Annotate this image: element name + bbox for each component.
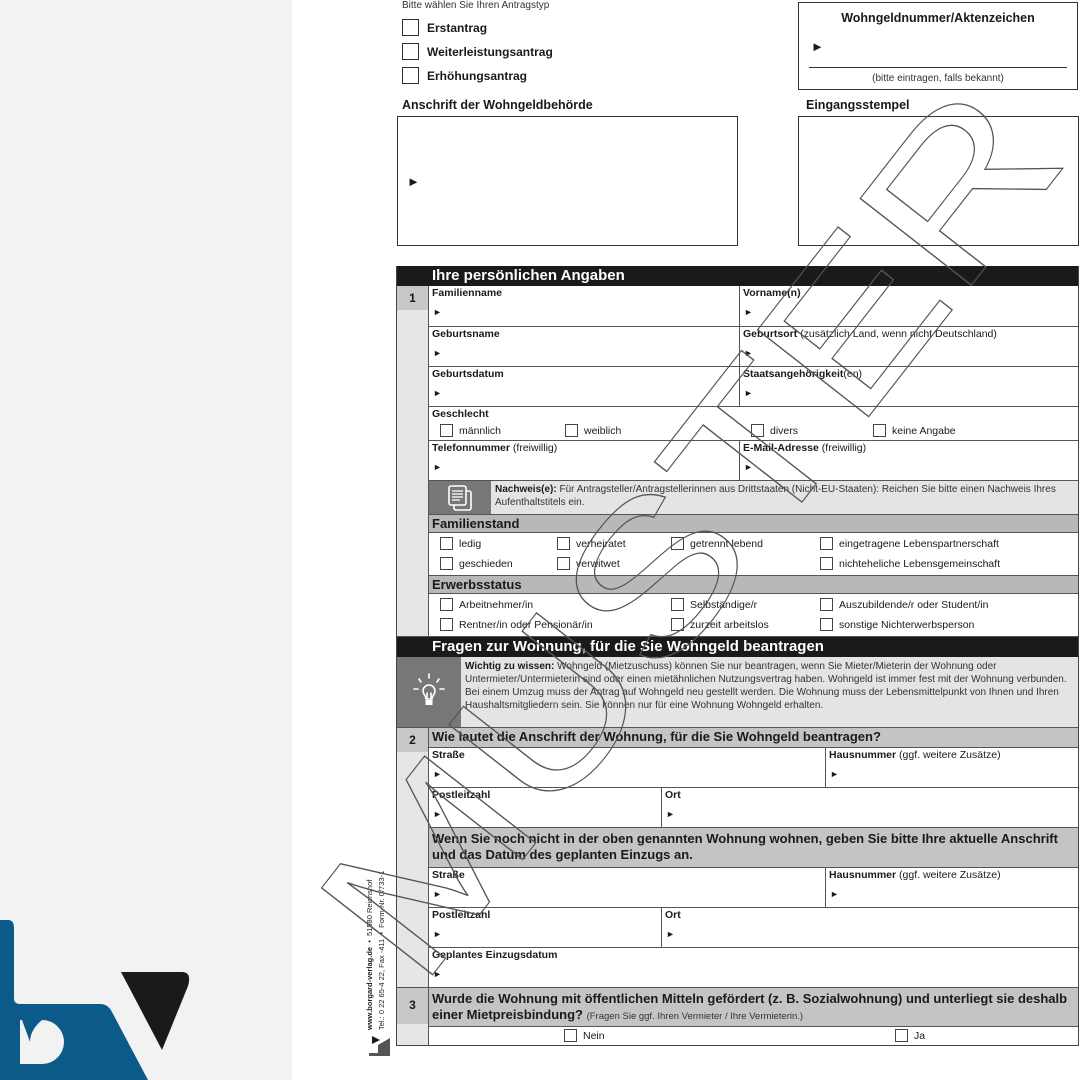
current-street-field[interactable]: Straße ►	[429, 868, 825, 907]
input-marker-icon: ►	[433, 809, 442, 819]
employment-status-heading: Erwerbsstatus	[429, 575, 1078, 594]
authority-address-field[interactable]: ►	[397, 116, 738, 246]
subsidy-option-no[interactable]: Nein	[564, 1029, 605, 1042]
input-marker-icon: ►	[433, 462, 442, 472]
birth-name-field[interactable]: Geburtsname ►	[429, 327, 739, 366]
employment-option[interactable]: Selbständige/r	[671, 598, 757, 611]
input-marker-icon: ►	[744, 307, 753, 317]
move-in-date-field[interactable]: Geplantes Einzugsdatum ►	[429, 948, 1078, 987]
gender-option[interactable]: divers	[751, 424, 798, 437]
current-postcode-field[interactable]: Postleitzahl ►	[429, 908, 661, 947]
email-field[interactable]: E-Mail-Adresse (freiwillig) ►	[739, 441, 1078, 480]
publisher-address: 51580 Reichshof	[365, 880, 374, 936]
input-marker-icon: ►	[811, 39, 824, 54]
city-field[interactable]: Ort ►	[661, 788, 1078, 827]
phone-field[interactable]: Telefonnummer (freiwillig) ►	[429, 441, 739, 480]
application-type-option[interactable]: Erstantrag	[402, 19, 487, 36]
gender-option[interactable]: keine Angabe	[873, 424, 956, 437]
lightbulb-icon	[397, 657, 461, 727]
gender-option[interactable]: männlich	[440, 424, 501, 437]
section-number: 2	[397, 728, 429, 987]
marital-status-heading: Familienstand	[429, 514, 1078, 533]
section2-question: Wie lautet die Anschrift der Wohnung, fü…	[429, 728, 1078, 747]
subsidy-option-yes[interactable]: Ja	[895, 1029, 925, 1042]
current-house-number-field[interactable]: Hausnummer (ggf. weitere Zusätze) ►	[825, 868, 1078, 907]
publisher-mini-logo	[366, 1034, 392, 1058]
application-type-option[interactable]: Erhöhungsantrag	[402, 67, 527, 84]
input-marker-icon: ►	[666, 929, 675, 939]
section-number: 1	[397, 286, 429, 636]
receipt-stamp-field	[798, 116, 1079, 246]
authority-address-label: Anschrift der Wohngeldbehörde	[402, 98, 593, 112]
form-number: Form-Nr. 0/733-1	[377, 871, 386, 928]
postcode-field[interactable]: Postleitzahl ►	[429, 788, 661, 827]
publisher-website: www.borgard-verlag.de	[365, 947, 374, 1030]
employment-option[interactable]: Rentner/in oder Pensionär/in	[440, 618, 593, 631]
subsidy-options: Nein Ja	[429, 1026, 1078, 1045]
input-marker-icon: ►	[433, 307, 442, 317]
marital-option[interactable]: verheiratet	[557, 537, 626, 550]
marital-option[interactable]: ledig	[440, 537, 481, 550]
input-marker-icon: ►	[433, 969, 442, 979]
input-marker-icon: ►	[744, 348, 753, 358]
input-marker-icon: ►	[666, 809, 675, 819]
input-marker-icon: ►	[433, 388, 442, 398]
marital-option[interactable]: geschieden	[440, 557, 513, 570]
marital-option[interactable]: nichteheliche Lebensgemeinschaft	[820, 557, 1000, 570]
nationality-field[interactable]: Staatsangehörigkeit(en) ►	[739, 367, 1078, 406]
current-city-field[interactable]: Ort ►	[661, 908, 1078, 947]
publisher-phone: Tel.: 0 22 65-4 22, Fax -411	[377, 939, 386, 1030]
section-title-personal: Ihre persönlichen Angaben	[429, 266, 1078, 286]
documents-icon	[429, 481, 491, 514]
employment-status-group: Arbeitnehmer/in Selbständige/r Auszubild…	[429, 594, 1078, 636]
publisher-logo	[0, 920, 200, 1080]
checkbox[interactable]	[402, 19, 419, 36]
street-field[interactable]: Straße ►	[429, 748, 825, 787]
input-marker-icon: ►	[433, 769, 442, 779]
section3-question: Wurde die Wohnung mit öffentlichen Mitte…	[429, 988, 1078, 1026]
section-number: 3	[397, 988, 429, 1045]
proof-note: Nachweis(e): Für Antragsteller/Antragste…	[429, 480, 1078, 514]
marital-option[interactable]: getrennt lebend	[671, 537, 763, 550]
input-marker-icon: ►	[433, 929, 442, 939]
surname-field[interactable]: Familienname ►	[429, 286, 739, 326]
first-names-field[interactable]: Vorname(n) ►	[739, 286, 1078, 326]
input-marker-icon: ►	[433, 889, 442, 899]
marital-option[interactable]: verwitwet	[557, 557, 620, 570]
input-marker-icon: ►	[744, 462, 753, 472]
input-marker-icon: ►	[433, 348, 442, 358]
birth-date-field[interactable]: Geburtsdatum ►	[429, 367, 739, 406]
file-number-hint: (bitte eintragen, falls bekannt)	[799, 73, 1077, 84]
input-marker-icon: ►	[744, 388, 753, 398]
section-title-housing: Fragen zur Wohnung, für die Sie Wohngeld…	[429, 637, 1078, 657]
employment-option[interactable]: sonstige Nichterwerbsperson	[820, 618, 974, 631]
employment-option[interactable]: Arbeitnehmer/in	[440, 598, 533, 611]
house-number-field[interactable]: Hausnummer (ggf. weitere Zusätze) ►	[825, 748, 1078, 787]
application-form: Ihre persönlichen Angaben 1 Familienname…	[396, 266, 1079, 1046]
employment-option[interactable]: zurzeit arbeitslos	[671, 618, 769, 631]
birthplace-field[interactable]: Geburtsort (zusätzlich Land, wenn nicht …	[739, 327, 1078, 366]
checkbox[interactable]	[402, 67, 419, 84]
gender-group: Geschlecht männlich weiblich divers kein…	[429, 406, 1078, 440]
checkbox[interactable]	[402, 43, 419, 60]
file-number-line	[809, 67, 1067, 68]
application-type-prompt: Bitte wählen Sie Ihren Antragstyp	[402, 0, 549, 11]
employment-option[interactable]: Auszubildende/r oder Student/in	[820, 598, 988, 611]
input-marker-icon: ►	[407, 174, 420, 189]
gender-option[interactable]: weiblich	[565, 424, 621, 437]
file-number-title: Wohngeldnummer/Aktenzeichen	[799, 11, 1077, 25]
marital-status-group: ledig verheiratet getrennt lebend einget…	[429, 533, 1078, 575]
left-panel	[0, 0, 292, 1080]
input-marker-icon: ►	[830, 769, 839, 779]
marital-option[interactable]: eingetragene Lebenspartnerschaft	[820, 537, 999, 550]
receipt-stamp-label: Eingangsstempel	[806, 98, 910, 112]
housing-note: Wichtig zu wissen: Wohngeld (Mietzuschus…	[397, 657, 1078, 727]
file-number-box[interactable]: Wohngeldnummer/Aktenzeichen ► (bitte ein…	[798, 2, 1078, 90]
application-type-option[interactable]: Weiterleistungsantrag	[402, 43, 553, 60]
current-address-prompt: Wenn Sie noch nicht in der oben genannte…	[429, 827, 1078, 867]
input-marker-icon: ►	[830, 889, 839, 899]
